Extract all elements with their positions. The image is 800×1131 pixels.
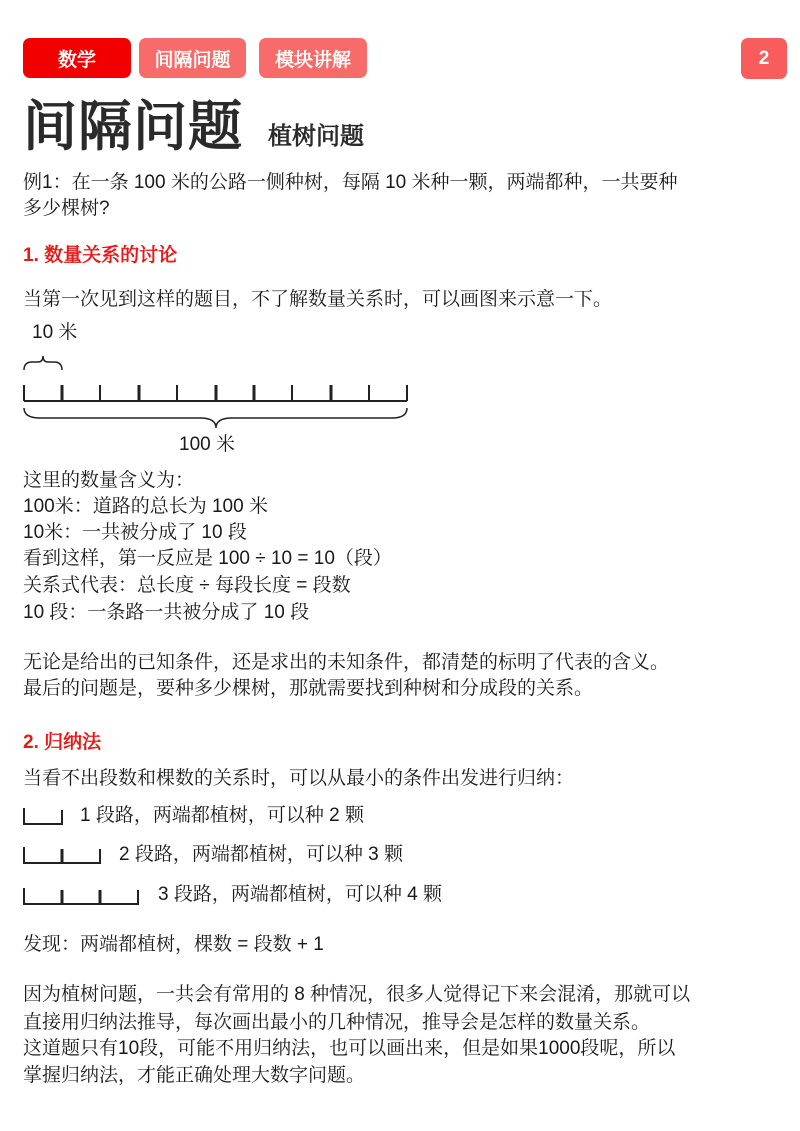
conclusion-line: 这道题只有10段，可能不用归纳法，也可以画出来，但是如果1000段呢，所以 [23, 1036, 675, 1062]
conclusion-line: 因为植树问题，一共会有常用的 8 种情况，很多人觉得记下来会混淆，那就可以 [23, 982, 690, 1008]
section-1-intro: 当第一次见到这样的题目，不了解数量关系时，可以画图来示意一下。 [23, 287, 612, 313]
page-number-badge: 2 [741, 38, 787, 79]
meaning-line: 看到这样，第一反应是 100 ÷ 10 = 10（段） [23, 546, 392, 572]
meaning-line: 10米：一共被分成了 10 段 [23, 520, 247, 546]
segment-length-label: 10 米 [32, 320, 77, 346]
example-line-1: 例1：在一条 100 米的公路一侧种树，每隔 10 米种一颗，两端都种，一共要种 [23, 170, 678, 196]
case-1-text: 1 段路，两端都植树，可以种 2 颗 [80, 803, 364, 829]
conclusion-line: 掌握归纳法，才能正确处理大数字问题。 [23, 1063, 365, 1089]
meaning-line: 100米：道路的总长为 100 米 [23, 494, 268, 520]
example-line-2: 多少棵树? [23, 196, 110, 222]
subject-tag-math[interactable]: 数学 [23, 38, 131, 78]
two-segment-icon [22, 845, 112, 865]
section-2-intro: 当看不出段数和棵数的关系时，可以从最小的条件出发进行归纳： [23, 766, 574, 792]
section-2-heading: 2. 归纳法 [23, 727, 101, 754]
meaning-line: 10 段：一条路一共被分成了 10 段 [23, 600, 309, 626]
topic-tag-interval[interactable]: 间隔问题 [139, 38, 246, 78]
one-segment-icon [22, 806, 72, 826]
topic-tag-module[interactable]: 模块讲解 [259, 38, 367, 78]
page-subtitle: 植树问题 [268, 116, 364, 151]
conclusion-line: 直接用归纳法推导，每次画出最小的几种情况，推导会是怎样的数量关系。 [23, 1010, 650, 1036]
case-3-text: 3 段路，两端都植树，可以种 4 颗 [158, 882, 442, 908]
finding-text: 发现：两端都植树，棵数 = 段数 + 1 [23, 932, 324, 958]
summary-line: 最后的问题是，要种多少棵树，那就需要找到种树和分成段的关系。 [23, 676, 593, 702]
case-2-text: 2 段路，两端都植树，可以种 3 颗 [119, 842, 403, 868]
page-title: 间隔问题 [23, 84, 243, 161]
summary-line: 无论是给出的已知条件，还是求出的未知条件，都清楚的标明了代表的含义。 [23, 650, 669, 676]
section-1-heading: 1. 数量关系的讨论 [23, 240, 177, 267]
meaning-line: 这里的数量含义为： [23, 468, 194, 494]
total-length-label: 100 米 [179, 432, 235, 458]
three-segment-icon [22, 886, 152, 906]
meaning-line: 关系式代表：总长度 ÷ 每段长度 = 段数 [23, 573, 351, 599]
